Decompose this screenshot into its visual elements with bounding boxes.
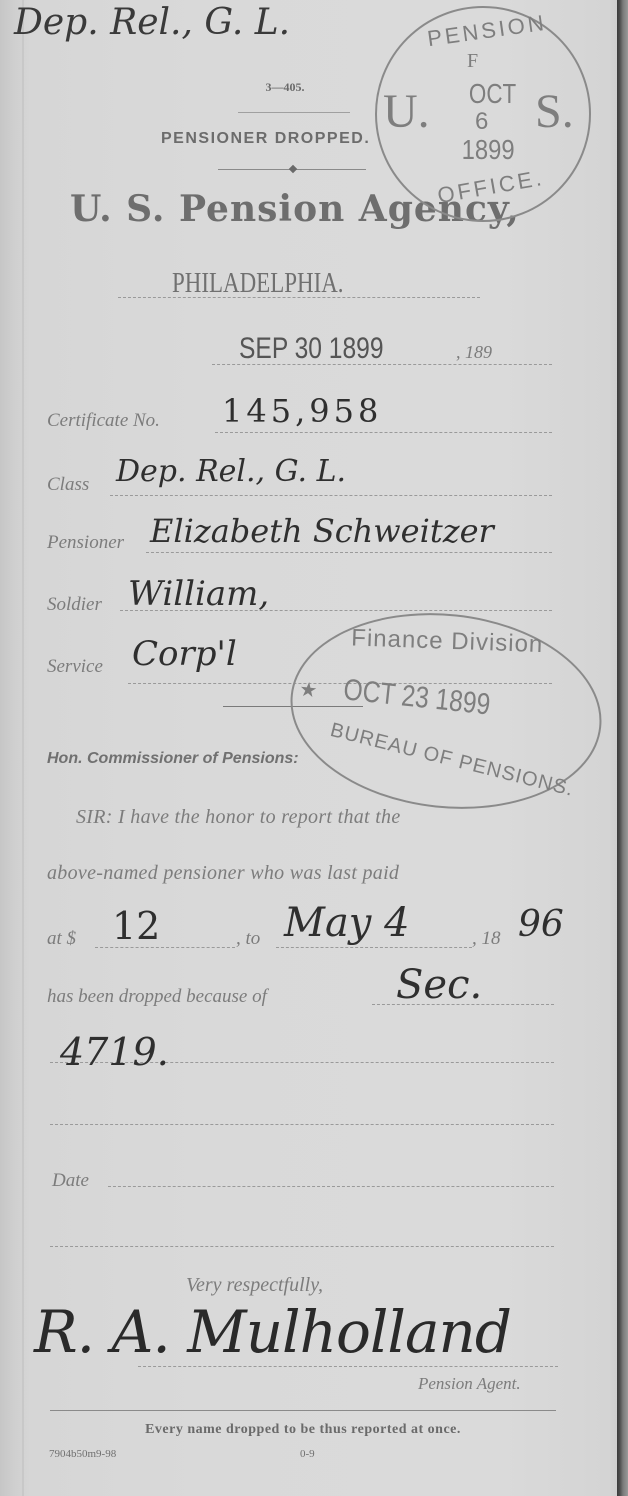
finance-stamp-date: OCT 23 1899	[342, 673, 492, 722]
ornament-diamond-icon	[289, 165, 297, 173]
star-icon: ★	[298, 677, 318, 704]
stamp-letter: F	[467, 50, 478, 73]
page-edge-shadow	[617, 0, 628, 1496]
finance-stamp-top-arc: Finance Division	[351, 624, 544, 659]
paper-fold-line	[22, 0, 24, 1496]
date-field-underline	[108, 1186, 554, 1187]
stamp-top-arc: PENSION	[426, 10, 548, 52]
blank-underline	[50, 1124, 554, 1125]
soldier-label: Soldier	[47, 594, 102, 616]
year-prefix: , 18	[472, 928, 501, 950]
print-code-2: 0-9	[300, 1448, 315, 1460]
stamp-right-letter: S.	[535, 84, 574, 139]
signature-underline	[138, 1366, 558, 1367]
class-value: Dep. Rel., G. L.	[116, 454, 346, 489]
year-value: 96	[518, 904, 564, 945]
class-label: Class	[47, 474, 89, 496]
paid-to-value: May 4	[284, 900, 410, 946]
letter-line-2: above-named pensioner who was last paid	[47, 862, 399, 885]
pension-form-page: Dep. Rel., G. L. 3—405. PENSIONER DROPPE…	[0, 0, 617, 1496]
form-number: 3—405.	[240, 80, 330, 95]
footer-notice: Every name dropped to be thus reported a…	[50, 1422, 556, 1438]
addressee: Hon. Commissioner of Pensions:	[47, 750, 299, 768]
date-stamp: SEP 30 1899	[239, 332, 384, 366]
closing: Very respectfully,	[186, 1274, 323, 1297]
blank-underline-2	[50, 1246, 554, 1247]
reason-label: has been dropped because of	[47, 986, 267, 1008]
date-label: Date	[52, 1170, 89, 1192]
stamp-month: OCT	[469, 78, 516, 110]
pensioner-underline	[146, 552, 552, 553]
reason-value-line-1: Sec.	[396, 962, 482, 1008]
stamp-day: 6	[475, 108, 488, 136]
rate-prefix: at $	[47, 928, 76, 950]
letter-line-1: SIR: I have the honor to report that the	[76, 806, 401, 829]
reason-value-line-2: 4719.	[60, 1030, 169, 1074]
paid-to-underline	[276, 947, 472, 948]
city-name: PHILADELPHIA.	[172, 268, 344, 300]
stamp-left-letter: U.	[383, 84, 430, 139]
certificate-underline	[215, 432, 552, 433]
pensioner-value: Elizabeth Schweitzer	[150, 512, 494, 550]
finance-stamp-bottom-arc: BUREAU OF PENSIONS.	[328, 719, 576, 802]
certificate-value: 145,958	[222, 392, 382, 430]
to-label: , to	[236, 928, 260, 950]
form-title: PENSIONER DROPPED.	[161, 130, 370, 148]
top-class-annotation: Dep. Rel., G. L.	[14, 2, 290, 43]
service-value: Corp'l	[132, 634, 237, 674]
date-year-suffix: , 189	[456, 342, 492, 363]
footer-rule	[50, 1410, 556, 1411]
finance-division-stamp: Finance Division ★ OCT 23 1899 BUREAU OF…	[281, 598, 612, 824]
pensioner-label: Pensioner	[47, 532, 124, 554]
soldier-value: William,	[128, 574, 269, 614]
print-code: 7904b50m9-98	[49, 1448, 116, 1460]
class-underline	[110, 495, 552, 496]
signature-title: Pension Agent.	[418, 1374, 521, 1394]
certificate-label: Certificate No.	[47, 410, 160, 432]
divider-rule	[238, 112, 350, 113]
stamp-year: 1899	[462, 134, 515, 166]
service-label: Service	[47, 656, 103, 678]
pension-office-stamp: PENSION F U. S. OCT 6 1899 OFFICE.	[375, 6, 591, 222]
rate-value: 12	[112, 904, 160, 948]
signature: R. A. Mulholland	[34, 1298, 511, 1366]
stamp-bottom-arc: OFFICE.	[436, 165, 547, 209]
